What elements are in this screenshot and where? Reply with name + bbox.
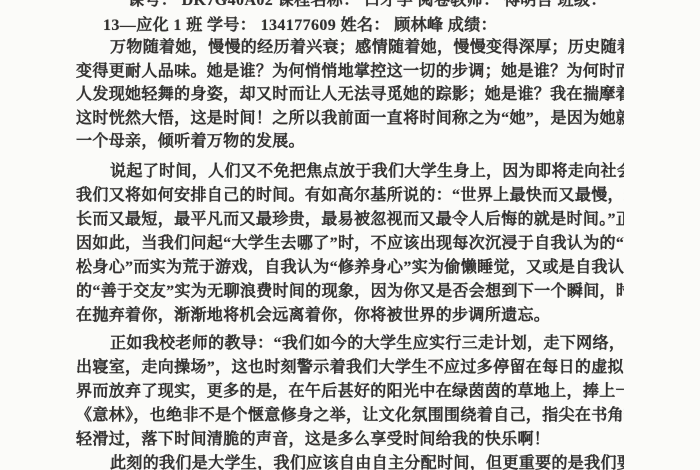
text-line: 正如我校老师的教导：“我们如今的大学生应实行三走计划，走下网络，走	[76, 332, 624, 356]
text-line: 松身心”而实为荒于游戏，自我认为“修养身心”实为偷懒睡觉，又或是自我认为	[76, 256, 624, 280]
paragraph: 正如我校老师的教导：“我们如今的大学生应实行三走计划，走下网络，走 出寝室，走向…	[76, 332, 624, 452]
text-line: 《意林》，也绝非不是个惬意修身之举，让文化氛围围绕着自己，指尖在书角轻	[76, 404, 624, 428]
text-line: 此刻的我们是大学生，我们应该自由自主分配时间，但更重要的是我们要学	[76, 452, 624, 470]
header-course-line: 课号： DK7G40A02 课程名称： 口才学 阅卷教师： 傅明吾 班级：	[128, 0, 607, 12]
text-line: 人发现她轻舞的身姿，却又时而让人无法寻觅她的踪影；她是谁？我在揣摩着，	[76, 83, 624, 107]
text-line: 在抛弃着你，渐渐地将机会远离着你，你将被世界的步调所遗忘。	[76, 304, 624, 328]
text-line: 一个母亲，倾听着万物的发展。	[76, 130, 624, 154]
text-line: 出寝室，走向操场”，这也时刻警示着我们大学生不应过多停留在每日的虚拟世	[76, 356, 624, 380]
text-line: 变得更耐人品味。她是谁？为何悄悄地掌控这一切的步调；她是谁？为何时而让	[76, 60, 624, 84]
paragraph: 万物随着她，慢慢的经历着兴衰；感情随着她，慢慢变得深厚；历史随着她， 变得更耐人…	[76, 36, 624, 154]
text-line: 的“善于交友”实为无聊浪费时间的现象，因为你又是否会想到下一个瞬间，时间	[76, 280, 624, 304]
document-page: 课号： DK7G40A02 课程名称： 口才学 阅卷教师： 傅明吾 班级： 13…	[0, 0, 700, 470]
header-student-line: 13—应化 1 班 学号： 134177609 姓名： 顾林峰 成绩：	[103, 14, 497, 37]
text-line: 界而放弃了现实，更多的是，在午后甚好的阳光中在绿茵茵的草地上，捧上一本	[76, 380, 624, 404]
text-line: 长而又最短，最平凡而又最珍贵，最易被忽视而又最令人后悔的就是时间。”正	[76, 208, 624, 232]
text-line: 因如此，当我们问起“大学生去哪了”时，不应该出现每次沉浸于自我认为的“放	[76, 232, 624, 256]
text-line: 我们又将如何安排自己的时间。有如高尔基所说的：“世界上最快而又最慢，最	[76, 184, 624, 208]
paragraph: 说起了时间，人们又不免把焦点放于我们大学生身上，因为即将走向社会的 我们又将如何…	[76, 160, 624, 328]
text-line: 轻滑过，落下时间清脆的声音，这是多么享受时间给我的快乐啊！	[76, 428, 624, 452]
text-line: 说起了时间，人们又不免把焦点放于我们大学生身上，因为即将走向社会的	[76, 160, 624, 184]
text-line: 这时恍然大悟，这是时间！之所以我前面一直将时间称之为“她”，是因为她就如	[76, 107, 624, 131]
paragraph: 此刻的我们是大学生，我们应该自由自主分配时间，但更重要的是我们要学	[76, 452, 624, 470]
text-line: 万物随着她，慢慢的经历着兴衰；感情随着她，慢慢变得深厚；历史随着她，	[76, 36, 624, 60]
